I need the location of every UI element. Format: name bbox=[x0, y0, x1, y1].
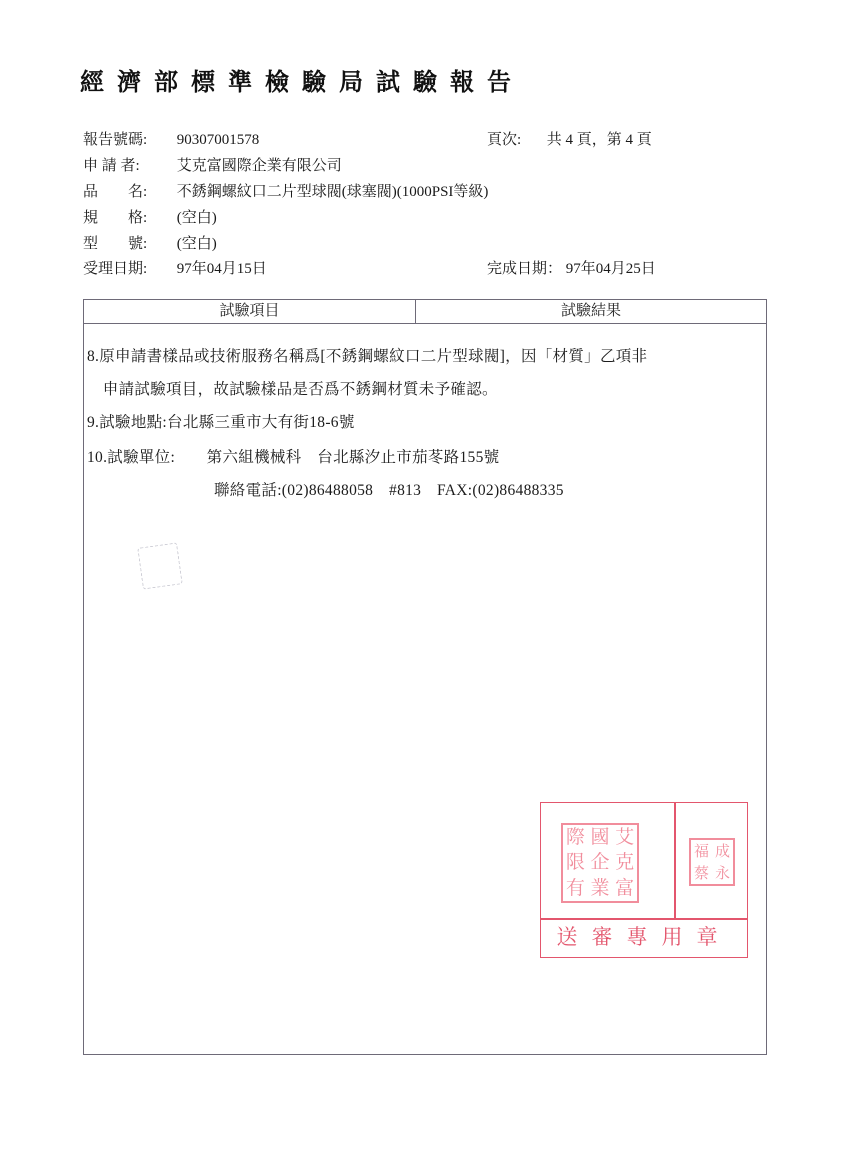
product-label: 品 名: bbox=[83, 182, 173, 202]
personal-seal: 福 成 蔡 永 bbox=[689, 838, 735, 886]
column-header-test-item: 試驗項目 bbox=[84, 300, 416, 323]
company-seal: 際 國 艾 限 企 克 有 業 富 bbox=[561, 823, 639, 903]
applicant-name: 艾克富國際企業有限公司 bbox=[177, 158, 342, 174]
completed-date-label: 完成日期： bbox=[487, 261, 562, 277]
note-10-contact: 聯絡電話:(02)86488058 #813 FAX:(02)86488335 bbox=[214, 481, 564, 501]
applicant-row: 申 請 者: 艾克富國際企業有限公司 bbox=[83, 156, 342, 176]
seal-char: 企 bbox=[588, 850, 613, 875]
model-row: 型 號: (空白) bbox=[83, 234, 217, 254]
note-9-test-location: 9.試驗地點:台北縣三重市大有街18-6號 bbox=[87, 413, 355, 433]
product-name: 不銹鋼螺紋口二片型球閥(球塞閥)(1000PSI等級) bbox=[177, 184, 489, 200]
page-row: 頁次: 共 4 頁，第 4 頁 bbox=[487, 130, 652, 150]
seal-char: 蔡 bbox=[691, 862, 712, 884]
received-date-label: 受理日期: bbox=[83, 259, 173, 279]
note-10-test-unit: 10.試驗單位: 第六組機械科 台北縣汐止市茄苳路155號 bbox=[87, 448, 499, 468]
report-number-label: 報告號碼: bbox=[83, 130, 173, 150]
seal-char: 限 bbox=[563, 850, 588, 875]
seal-char: 永 bbox=[712, 862, 733, 884]
seal-char: 艾 bbox=[612, 825, 637, 850]
column-header-test-result: 試驗結果 bbox=[416, 300, 766, 323]
page-label: 頁次: bbox=[487, 130, 543, 150]
completed-date-row: 完成日期： 97年04月25日 bbox=[487, 259, 656, 279]
report-number: 90307001578 bbox=[177, 132, 260, 148]
document-title: 經濟部標準檢驗局試驗報告 bbox=[80, 62, 524, 97]
seal-char: 際 bbox=[563, 825, 588, 850]
received-date: 97年04月15日 bbox=[177, 261, 267, 277]
model-value: (空白) bbox=[177, 236, 217, 252]
applicant-label: 申 請 者: bbox=[83, 156, 173, 176]
faint-mark bbox=[137, 542, 182, 589]
stamp-divider-vertical bbox=[674, 803, 676, 918]
seal-char: 業 bbox=[588, 876, 613, 901]
submission-stamp: 際 國 艾 限 企 克 有 業 富 福 成 蔡 永 送審專用章 bbox=[540, 802, 748, 958]
stamp-label: 送審專用章 bbox=[541, 921, 747, 951]
product-row: 品 名: 不銹鋼螺紋口二片型球閥(球塞閥)(1000PSI等級) bbox=[83, 182, 488, 202]
completed-date: 97年04月25日 bbox=[566, 261, 656, 277]
seal-char: 成 bbox=[712, 840, 733, 862]
note-8-line-2: 申請試驗項目，故試驗樣品是否爲不銹鋼材質未予確認。 bbox=[87, 380, 498, 400]
seal-char: 福 bbox=[691, 840, 712, 862]
seal-char: 國 bbox=[588, 825, 613, 850]
model-label: 型 號: bbox=[83, 234, 173, 254]
report-number-row: 報告號碼: 90307001578 bbox=[83, 130, 259, 150]
spec-row: 規 格: (空白) bbox=[83, 208, 217, 228]
note-8-line-1: 8.原申請書樣品或技術服務名稱爲[不銹鋼螺紋口二片型球閥]，因「材質」乙項非 bbox=[87, 347, 647, 367]
spec-label: 規 格: bbox=[83, 208, 173, 228]
table-header: 試驗項目 試驗結果 bbox=[84, 300, 766, 324]
spec-value: (空白) bbox=[177, 210, 217, 226]
seal-char: 有 bbox=[563, 876, 588, 901]
stamp-divider-horizontal bbox=[541, 918, 747, 920]
seal-char: 克 bbox=[612, 850, 637, 875]
received-date-row: 受理日期: 97年04月15日 bbox=[83, 259, 267, 279]
seal-char: 富 bbox=[612, 876, 637, 901]
page-value: 共 4 頁，第 4 頁 bbox=[547, 132, 652, 148]
